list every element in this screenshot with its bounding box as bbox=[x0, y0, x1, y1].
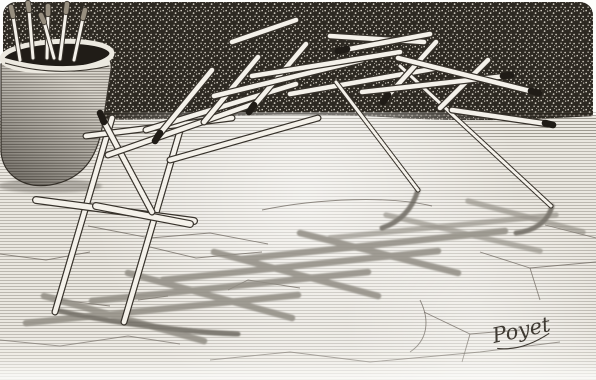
engraving: Nineteenth-century engraving: a self-sup… bbox=[0, 0, 596, 380]
illustration-page: Nineteenth-century engraving: a self-sup… bbox=[0, 0, 596, 380]
